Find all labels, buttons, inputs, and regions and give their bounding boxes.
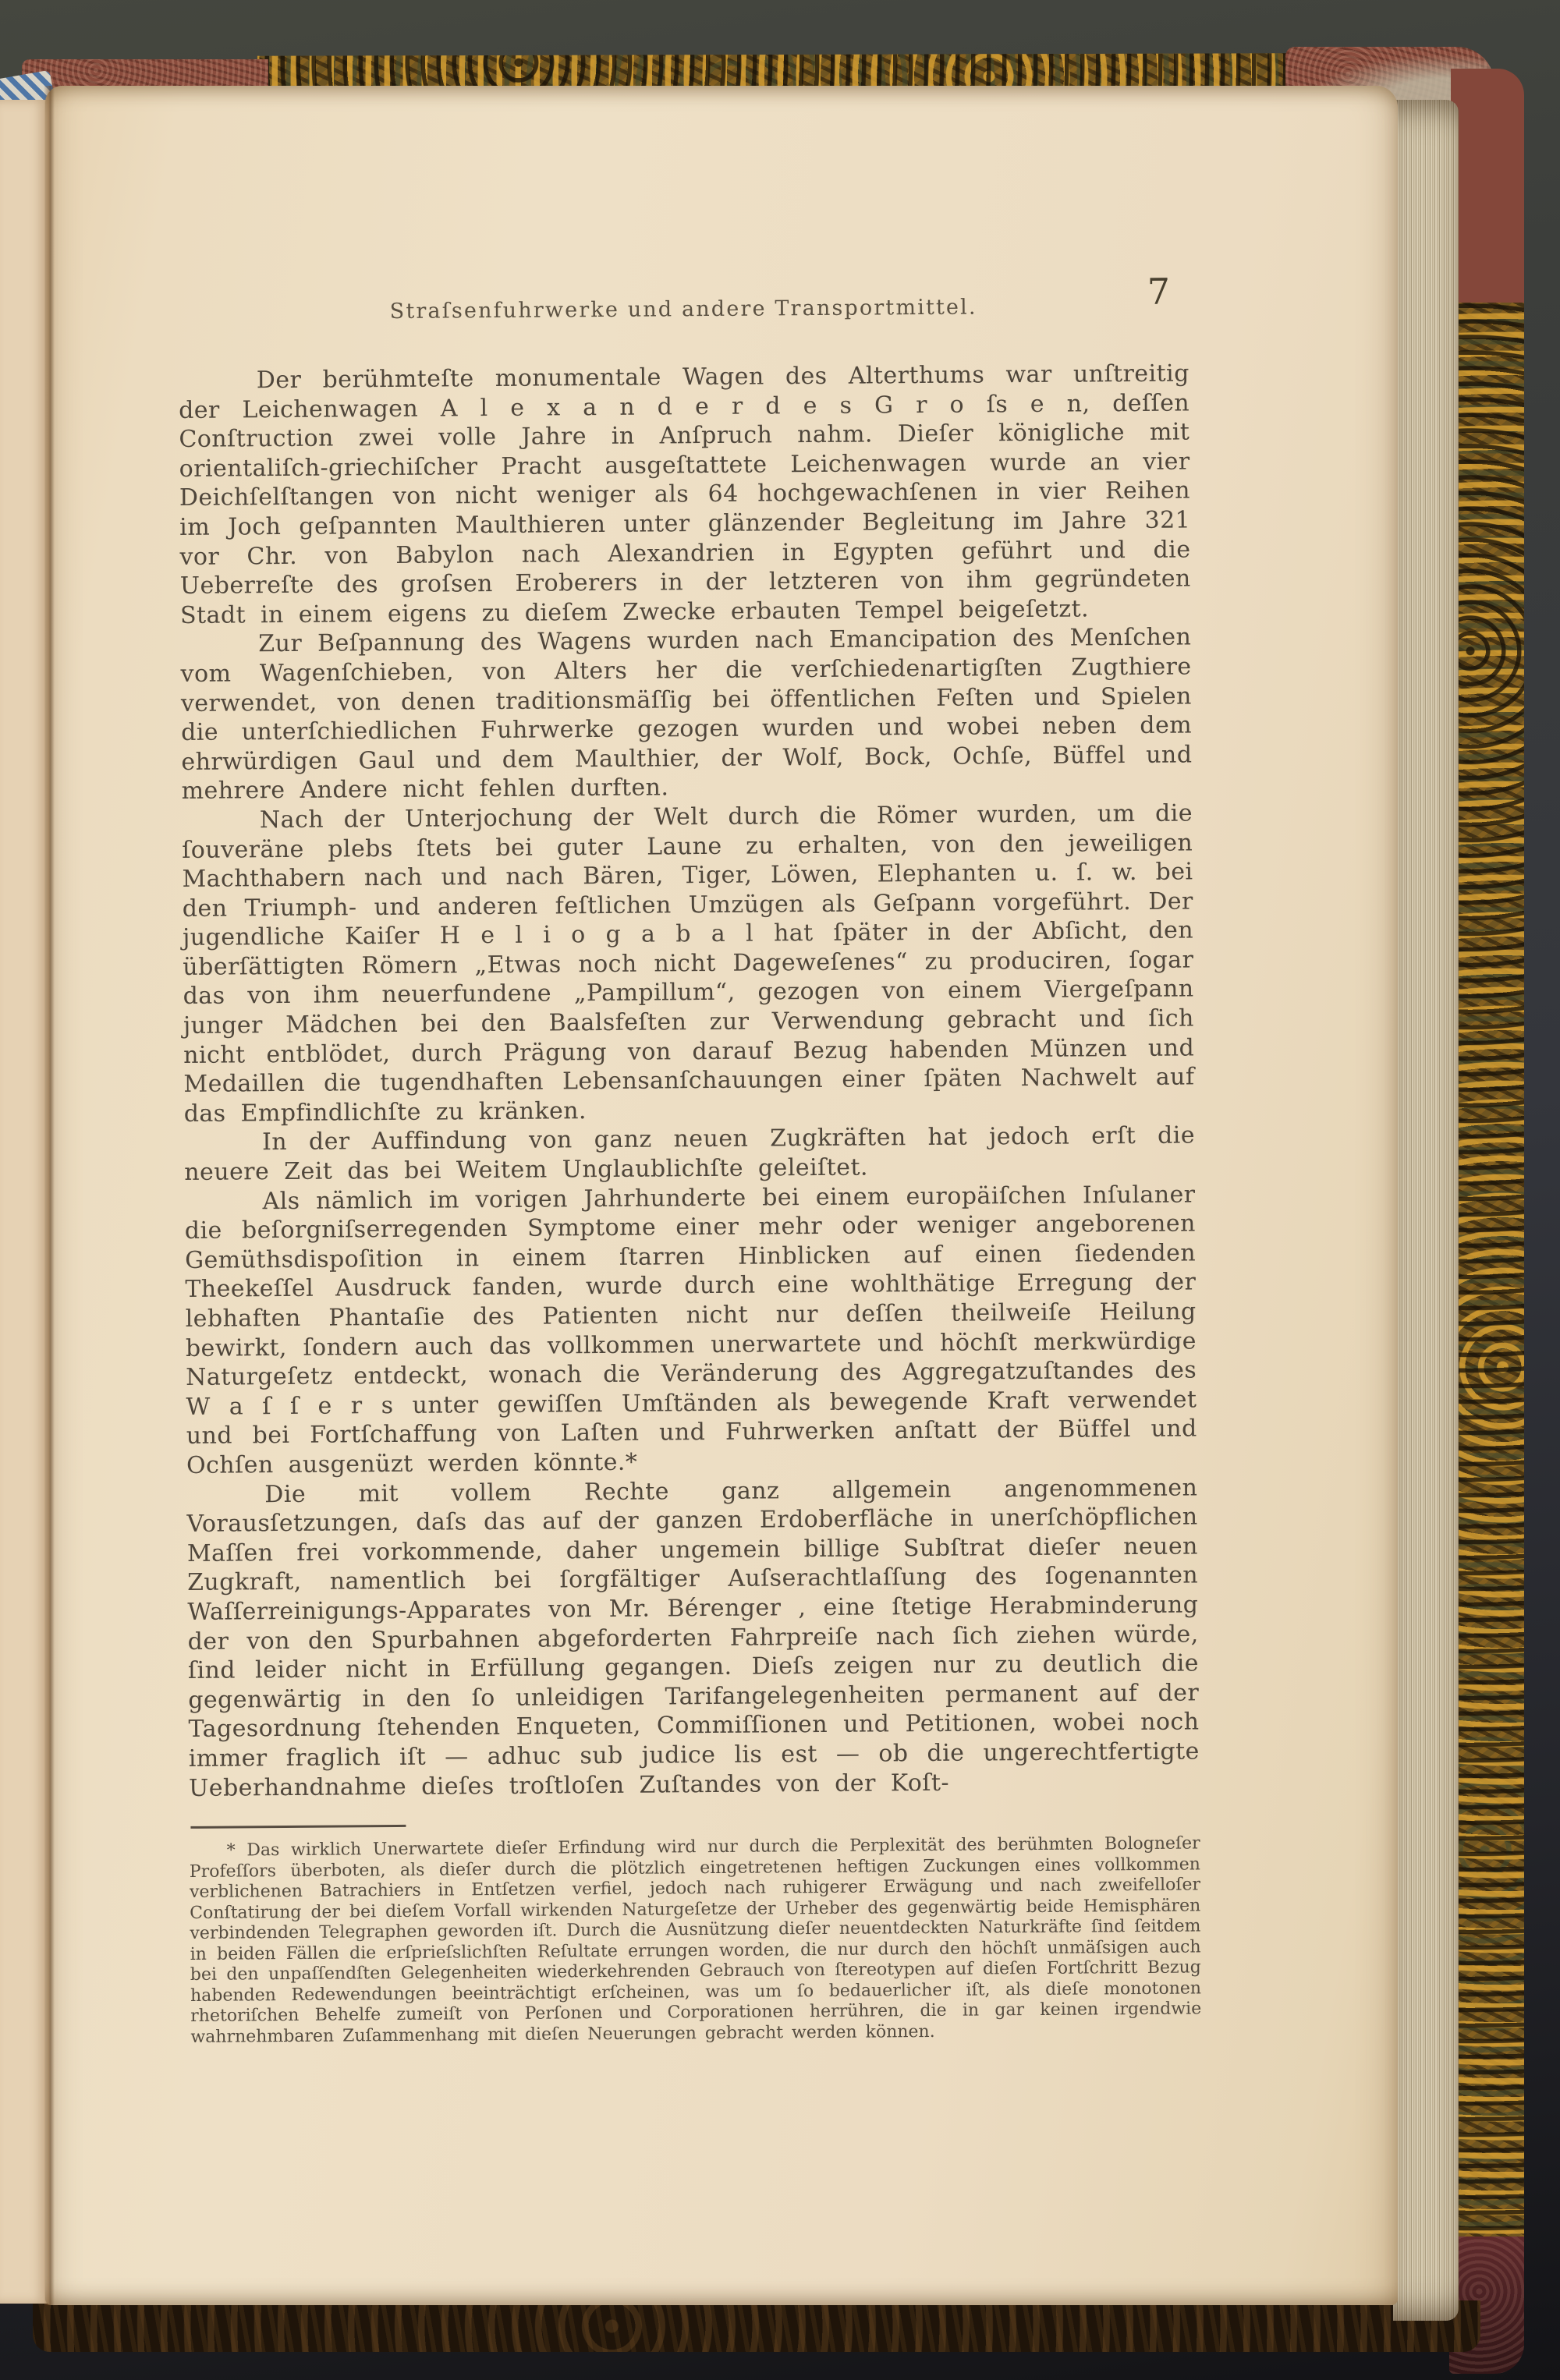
footnote: * Das wirklich Unerwartete dieſer Erfind…: [190, 1834, 1202, 2048]
body-paragraph: In der Auffindung von ganz neuen Zugkräf…: [184, 1121, 1196, 1188]
book-scan: Straſsenfuhrwerke und andere Transportmi…: [0, 0, 1560, 2380]
body-paragraph: Die mit vollem Rechte ganz allgemein ang…: [186, 1473, 1200, 1803]
body-paragraph: Zur Beſpannung des Wagens wurden nach Em…: [180, 623, 1193, 806]
body-paragraph: Nach der Unterjochung der Welt durch die…: [182, 799, 1195, 1128]
facing-page-sliver: [0, 100, 48, 2304]
gutter-shadow: [44, 86, 55, 2305]
text-column: Straſsenfuhrwerke und andere Transportmi…: [178, 282, 1201, 2048]
body-paragraph: Als nämlich im vorigen Jahrhunderte bei …: [184, 1180, 1197, 1480]
page-header: Straſsenfuhrwerke und andere Transportmi…: [178, 282, 1189, 339]
body-paragraph: Der berühmteſte monumentale Wagen des Al…: [179, 359, 1191, 630]
cover-edge-right-top: [1451, 69, 1524, 304]
cover-edge-right-marble: [1452, 303, 1524, 2238]
book-bottom-edge: [33, 2300, 1480, 2352]
body-text: Der berühmteſte monumentale Wagen des Al…: [179, 359, 1200, 1803]
footnote-separator: [190, 1825, 406, 1829]
running-header: Straſsenfuhrwerke und andere Transportmi…: [178, 282, 1189, 324]
page-number: 7: [1147, 271, 1171, 313]
page-edges-right: [1393, 100, 1459, 2321]
book-page: Straſsenfuhrwerke und andere Transportmi…: [45, 86, 1398, 2305]
